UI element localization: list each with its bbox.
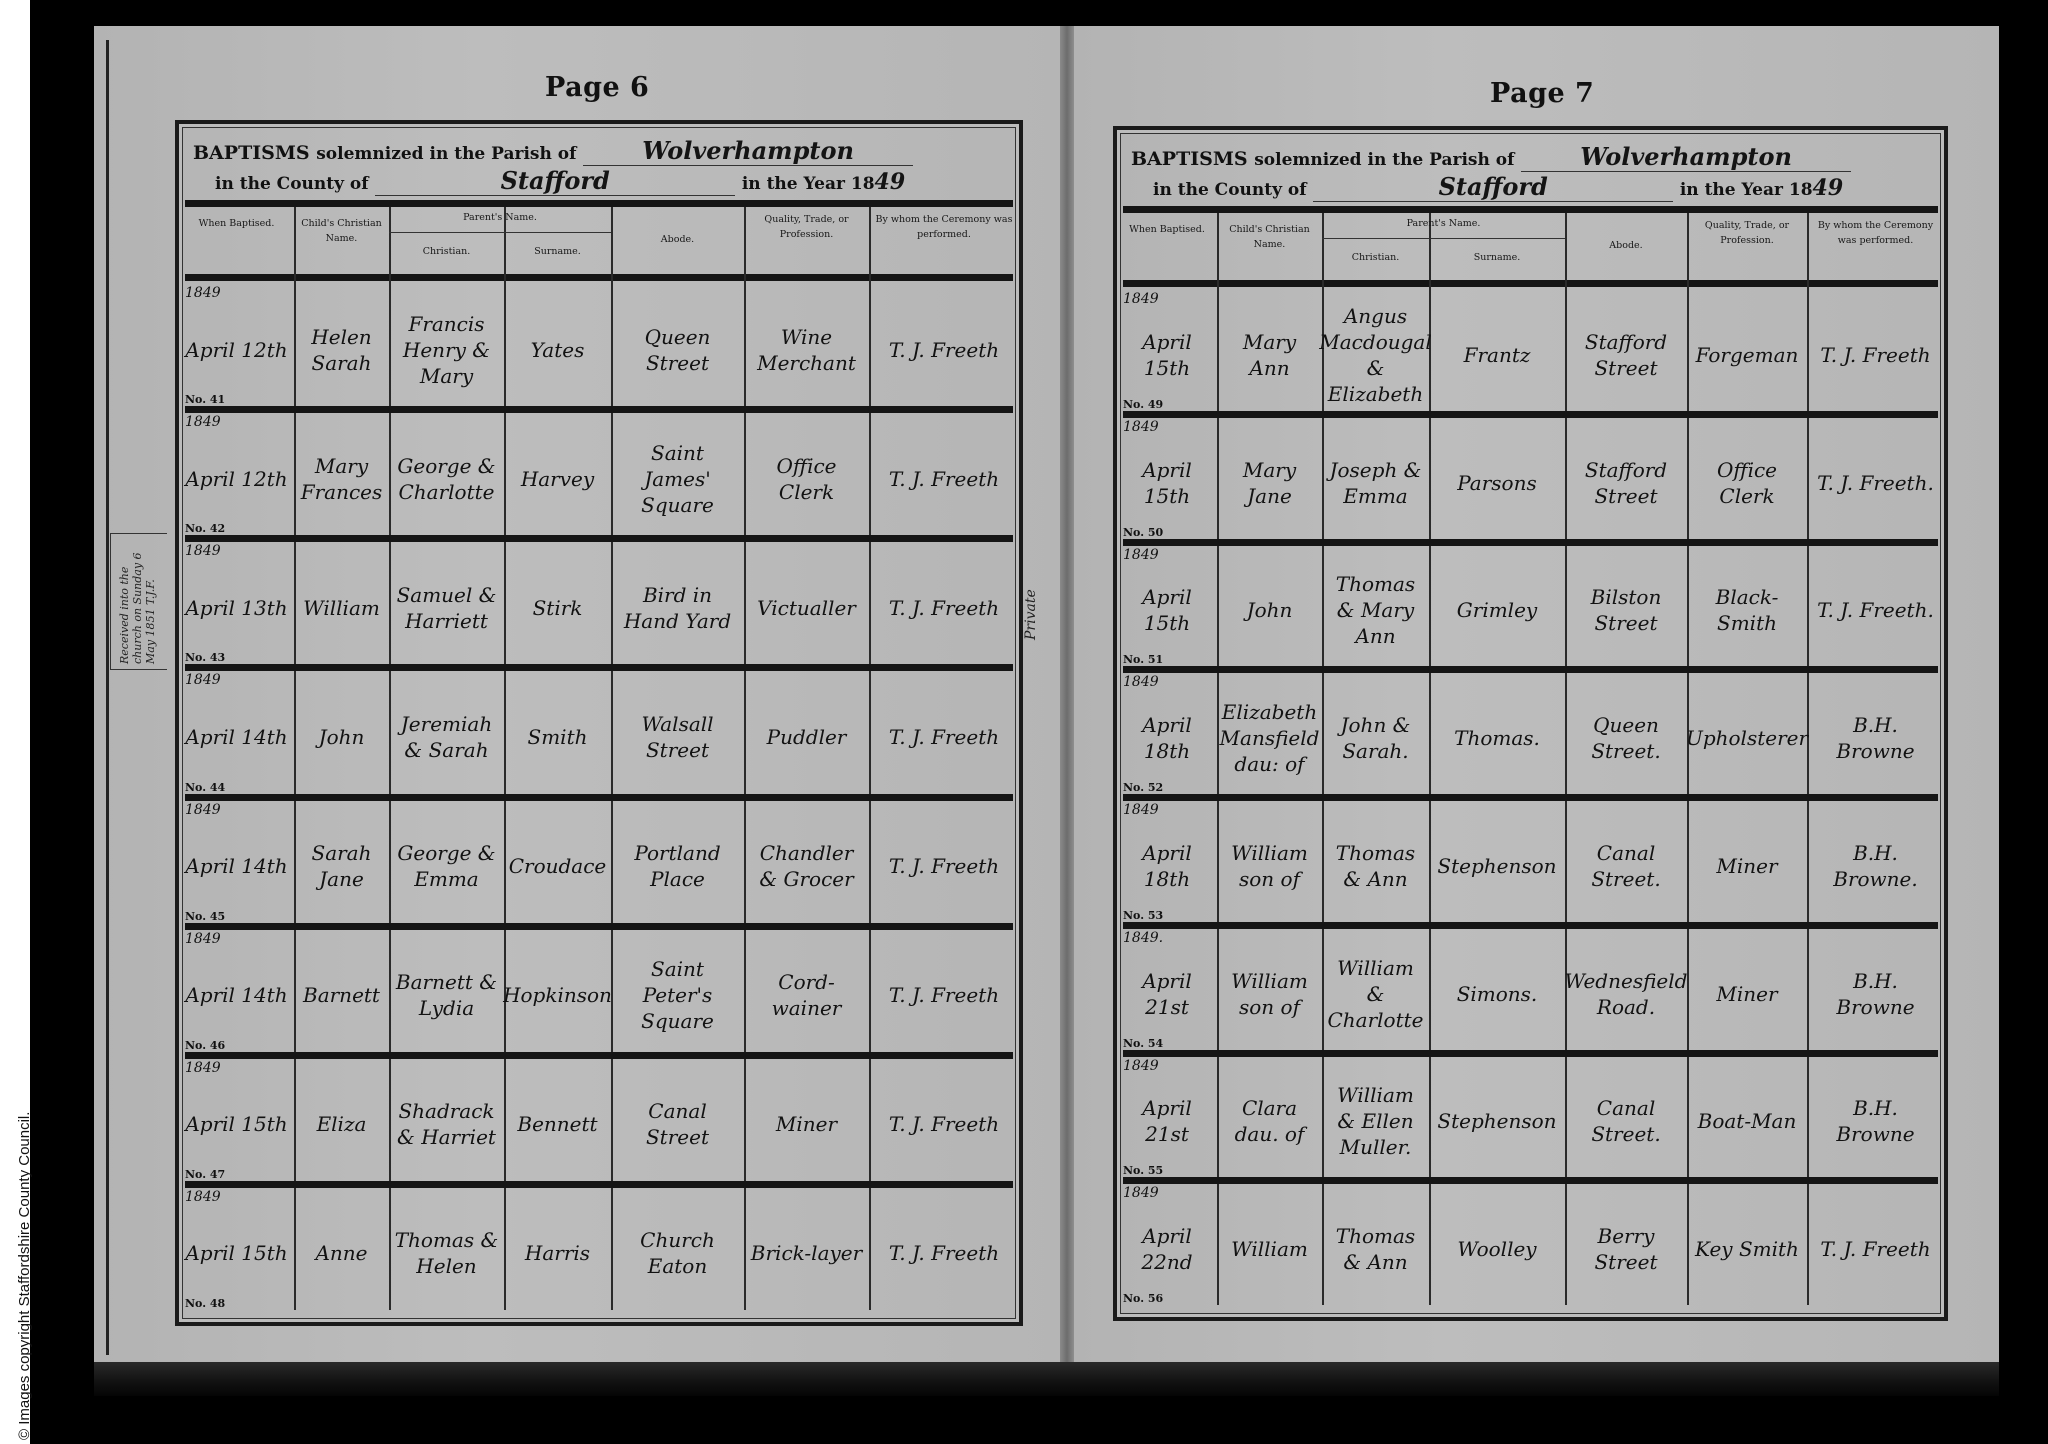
row-separator-bar: [185, 923, 1013, 930]
page-number: Page 7: [1490, 78, 1594, 109]
trade: Boat-Man: [1698, 1108, 1797, 1134]
column-header-child: Child's Christian Name.: [300, 216, 383, 246]
parents-christian-names: Shadrack & Harriet: [393, 1098, 500, 1150]
register-title-line1: BAPTISMS solemnized in the Parish of Wol…: [1131, 142, 1851, 172]
baptism-date-cell: April 14th: [183, 692, 290, 781]
baptism-date-cell: April 22nd: [1121, 1205, 1213, 1293]
entry-number: No. 45: [185, 910, 225, 923]
entry-number: No. 54: [1123, 1037, 1163, 1050]
abode: Berry Street: [1569, 1223, 1683, 1275]
table-row: 1849No. 47April 15thElizaShadrack & Harr…: [179, 1056, 1019, 1185]
year-label: in the Year 18: [1680, 180, 1813, 200]
entry-year: 1849: [185, 1060, 221, 1076]
column-header-child: Child's Christian Name.: [1223, 222, 1316, 252]
surname-cell: Harris: [508, 1209, 607, 1298]
surname: Thomas.: [1454, 725, 1540, 751]
surname-cell: Harvey: [508, 434, 607, 523]
table-row: 1849.No. 54April 21stWilliam son ofWilli…: [1117, 926, 1944, 1054]
abode: Queen Street.: [1569, 712, 1683, 764]
entry-year: 1849: [1123, 419, 1159, 435]
entry-number: No. 43: [185, 651, 225, 664]
entry-year: 1849: [1123, 674, 1159, 690]
surname-cell: Croudace: [508, 822, 607, 911]
parents-name-divider: [1322, 238, 1565, 239]
parents-christian-names-cell: Thomas & Helen: [393, 1209, 500, 1298]
abode-cell: Canal Street.: [1569, 1078, 1683, 1166]
abode-cell: Queen Street: [615, 305, 740, 394]
abode-cell: Stafford Street: [1569, 439, 1683, 527]
child-name: Helen Sarah: [298, 324, 385, 376]
table-row: 1849No. 45April 14thSarah JaneGeorge & E…: [179, 798, 1019, 927]
officiant: T. J. Freeth: [889, 982, 999, 1008]
child-name-cell: Barnett: [298, 951, 385, 1040]
column-header-by-whom: By whom the Ceremony was performed.: [875, 212, 1013, 242]
parents-christian-names-cell: Samuel & Harriett: [393, 563, 500, 652]
table-row: 1849No. 53April 18thWilliam son ofThomas…: [1117, 798, 1944, 926]
parents-christian-names: Angus Macdougal & Elizabeth: [1319, 303, 1431, 407]
parents-christian-names: Thomas & Ann: [1326, 840, 1425, 892]
trade-cell: Puddler: [748, 692, 865, 781]
abode-cell: Canal Street.: [1569, 822, 1683, 910]
abode: Stafford Street: [1569, 329, 1683, 381]
abode-cell: Saint Peter's Square: [615, 951, 740, 1040]
baptism-date-cell: April 15th: [1121, 567, 1213, 655]
copyright-strip: © Images copyright Staffordshire County …: [0, 0, 30, 1444]
row-separator-bar: [185, 794, 1013, 801]
column-header-abode: Abode.: [1571, 238, 1681, 253]
surname-cell: Hopkinson: [508, 951, 607, 1040]
child-name: Barnett: [303, 982, 380, 1008]
surname: Harris: [525, 1240, 590, 1266]
trade: Office Clerk: [1691, 457, 1803, 509]
abode-cell: Wednesfield Road.: [1569, 950, 1683, 1038]
header-top-bar: [1123, 206, 1938, 213]
trade-cell: Office Clerk: [1691, 439, 1803, 527]
abode: Queen Street: [615, 324, 740, 376]
title-solemnized: solemnized in the Parish of: [1254, 150, 1514, 170]
officiant: T. J. Freeth: [889, 337, 999, 363]
parents-christian-names: Barnett & Lydia: [393, 969, 500, 1021]
baptism-date: April 12th: [185, 466, 287, 492]
table-row: 1849No. 51April 15thJohnThomas & Mary An…: [1117, 543, 1944, 671]
county-name: Stafford: [375, 166, 735, 196]
trade: Chandler & Grocer: [748, 840, 865, 892]
abode: Stafford Street: [1569, 457, 1683, 509]
surname: Frantz: [1464, 342, 1531, 368]
surname-cell: Frantz: [1433, 311, 1561, 399]
year-suffix: 49: [875, 169, 906, 195]
child-name-cell: Sarah Jane: [298, 822, 385, 911]
parents-christian-names-cell: Francis Henry & Mary: [393, 305, 500, 394]
abode-cell: Canal Street: [615, 1080, 740, 1169]
year-suffix: 49: [1813, 175, 1844, 201]
surname: Grimley: [1457, 597, 1537, 623]
entry-year: 1849: [185, 672, 221, 688]
parents-christian-names: George & Emma: [393, 840, 500, 892]
trade-cell: Wine Merchant: [748, 305, 865, 394]
trade-cell: Black-Smith: [1691, 567, 1803, 655]
baptism-date: April 15th: [185, 1240, 287, 1266]
officiant-cell: T. J. Freeth: [1811, 1205, 1940, 1293]
entry-year: 1849: [185, 931, 221, 947]
table-row: 1849No. 56April 22ndWilliamThomas & AnnW…: [1117, 1181, 1944, 1309]
baptism-date: April 13th: [185, 595, 287, 621]
baptism-date: April 15th: [185, 1111, 287, 1137]
trade-cell: Chandler & Grocer: [748, 822, 865, 911]
parents-christian-names: Thomas & Mary Ann: [1326, 571, 1425, 649]
table-row: 1849No. 41April 12thHelen SarahFrancis H…: [179, 281, 1019, 410]
surname: Harvey: [521, 466, 594, 492]
trade: Key Smith: [1695, 1236, 1799, 1262]
page-number: Page 6: [545, 72, 649, 103]
row-separator-bar: [1123, 922, 1938, 929]
parents-christian-names-cell: George & Charlotte: [393, 434, 500, 523]
parish-name: Wolverhampton: [1521, 142, 1851, 172]
trade-cell: Miner: [748, 1080, 865, 1169]
trade-cell: Miner: [1691, 950, 1803, 1038]
surname-cell: Stephenson: [1433, 822, 1561, 910]
trade: Black-Smith: [1691, 584, 1803, 636]
entry-number: No. 52: [1123, 781, 1163, 794]
abode-cell: Bird in Hand Yard: [615, 563, 740, 652]
surname-cell: Stirk: [508, 563, 607, 652]
baptism-date-cell: April 14th: [183, 822, 290, 911]
column-header-surname: Surname.: [510, 244, 605, 259]
child-name-cell: William son of: [1221, 950, 1318, 1038]
header-top-bar: [185, 200, 1013, 207]
baptism-date: April 22nd: [1121, 1223, 1213, 1275]
child-name: Sarah Jane: [298, 840, 385, 892]
entry-number: No. 51: [1123, 653, 1163, 666]
entry-year: 1849: [1123, 1185, 1159, 1201]
abode-cell: Bilston Street: [1569, 567, 1683, 655]
parents-christian-names-cell: George & Emma: [393, 822, 500, 911]
trade-cell: Cord-wainer: [748, 951, 865, 1040]
column-header-surname: Surname.: [1435, 250, 1559, 265]
baptism-date: April 14th: [185, 853, 287, 879]
baptism-date-cell: April 15th: [183, 1080, 290, 1169]
trade: Miner: [776, 1111, 837, 1137]
table-row: 1849No. 43April 13thWilliamSamuel & Harr…: [179, 539, 1019, 668]
surname: Hopkinson: [503, 982, 612, 1008]
baptism-date: April 18th: [1121, 712, 1213, 764]
entry-year: 1849: [1123, 1058, 1159, 1074]
officiant-cell: T. J. Freeth.: [1811, 567, 1940, 655]
trade-cell: Victualler: [748, 563, 865, 652]
officiant: T. J. Freeth: [1820, 1236, 1930, 1262]
officiant: T. J. Freeth: [1820, 342, 1930, 368]
trade: Brick-layer: [751, 1240, 862, 1266]
column-header-trade: Quality, Trade, or Profession.: [1693, 218, 1801, 248]
surname: Bennett: [517, 1111, 597, 1137]
parish-name: Wolverhampton: [583, 136, 913, 166]
officiant: B.H. Browne: [1811, 712, 1940, 764]
trade: Wine Merchant: [748, 324, 865, 376]
trade-cell: Forgeman: [1691, 311, 1803, 399]
child-name-cell: Mary Jane: [1221, 439, 1318, 527]
baptism-date-cell: April 15th: [1121, 439, 1213, 527]
surname-cell: Woolley: [1433, 1205, 1561, 1293]
surname: Yates: [531, 337, 585, 363]
table-row: 1849No. 55April 21stClara dau. ofWilliam…: [1117, 1054, 1944, 1182]
child-name-cell: William: [298, 563, 385, 652]
surname-cell: Stephenson: [1433, 1078, 1561, 1166]
row-separator-bar: [185, 535, 1013, 542]
abode-cell: Stafford Street: [1569, 311, 1683, 399]
entry-number: No. 46: [185, 1039, 225, 1052]
entry-number: No. 48: [185, 1297, 225, 1310]
book-gutter: [1060, 26, 1074, 1396]
officiant: T. J. Freeth: [889, 853, 999, 879]
child-name: William son of: [1221, 968, 1318, 1020]
child-name: Mary Ann: [1221, 329, 1318, 381]
abode: Canal Street.: [1569, 1095, 1683, 1147]
parents-christian-names-cell: Shadrack & Harriet: [393, 1080, 500, 1169]
child-name: Mary Jane: [1221, 457, 1318, 509]
child-name: John: [1247, 597, 1293, 623]
column-header-by-whom: By whom the Ceremony was performed.: [1813, 218, 1938, 248]
parents-christian-names: Joseph & Emma: [1326, 457, 1425, 509]
table-row: 1849No. 50April 15thMary JaneJoseph & Em…: [1117, 415, 1944, 543]
trade-cell: Miner: [1691, 822, 1803, 910]
parents-christian-names-cell: Barnett & Lydia: [393, 951, 500, 1040]
surname-cell: Bennett: [508, 1080, 607, 1169]
surname-cell: Parsons: [1433, 439, 1561, 527]
abode: Bilston Street: [1569, 584, 1683, 636]
abode: Canal Street.: [1569, 840, 1683, 892]
entry-year: 1849: [1123, 547, 1159, 563]
child-name-cell: William: [1221, 1205, 1318, 1293]
entry-year: 1849: [1123, 291, 1159, 307]
abode-cell: Walsall Street: [615, 692, 740, 781]
child-name: Eliza: [317, 1111, 367, 1137]
trade-cell: Brick-layer: [748, 1209, 865, 1298]
surname: Parsons: [1457, 470, 1537, 496]
trade: Miner: [1716, 853, 1777, 879]
abode: Saint James' Square: [615, 440, 740, 518]
officiant-cell: B.H. Browne: [1811, 1078, 1940, 1166]
abode: Bird in Hand Yard: [615, 582, 740, 634]
officiant-cell: T. J. Freeth: [873, 305, 1015, 394]
child-name-cell: Helen Sarah: [298, 305, 385, 394]
parents-christian-names-cell: Thomas & Ann: [1326, 1205, 1425, 1293]
baptism-date-cell: April 15th: [183, 1209, 290, 1298]
trade: Cord-wainer: [748, 969, 865, 1021]
table-row: 1849No. 48April 15thAnneThomas & HelenHa…: [179, 1185, 1019, 1314]
child-name: Elizabeth Mansfield dau: of: [1220, 699, 1320, 777]
parents-christian-names-cell: Thomas & Ann: [1326, 822, 1425, 910]
column-header-trade: Quality, Trade, or Profession.: [750, 212, 863, 242]
row-separator-bar: [185, 406, 1013, 413]
baptism-date: April 15th: [1121, 329, 1213, 381]
surname: Stephenson: [1437, 853, 1556, 879]
county-label: in the County of: [215, 174, 369, 194]
child-name: William: [303, 595, 380, 621]
entry-year: 1849: [1123, 802, 1159, 818]
entry-year: 1849.: [1123, 930, 1163, 946]
column-header-abode: Abode.: [617, 232, 738, 247]
child-name: Clara dau. of: [1221, 1095, 1318, 1147]
baptism-date-cell: April 12th: [183, 434, 290, 523]
row-separator-bar: [1123, 1177, 1938, 1184]
year-label: in the Year 18: [742, 174, 875, 194]
officiant-cell: T. J. Freeth: [873, 434, 1015, 523]
baptism-date: April 21st: [1121, 968, 1213, 1020]
parents-christian-names: Thomas & Ann: [1326, 1223, 1425, 1275]
parents-christian-names: Francis Henry & Mary: [393, 311, 500, 389]
officiant-cell: T. J. Freeth.: [1811, 439, 1940, 527]
left-margin-annotation: Received into the church on Sunday 6 May…: [118, 536, 157, 664]
child-name: John: [319, 724, 365, 750]
surname-cell: Thomas.: [1433, 694, 1561, 782]
page-edge: [106, 40, 115, 1355]
abode: Saint Peter's Square: [615, 956, 740, 1034]
parents-christian-names-cell: William & Ellen Muller.: [1326, 1078, 1425, 1166]
surname-cell: Yates: [508, 305, 607, 394]
trade: Miner: [1716, 981, 1777, 1007]
baptism-date-cell: April 21st: [1121, 1078, 1213, 1166]
parents-christian-names-cell: Jeremiah & Sarah: [393, 692, 500, 781]
abode: Walsall Street: [615, 711, 740, 763]
entry-number: No. 47: [185, 1168, 225, 1181]
baptism-date-cell: April 12th: [183, 305, 290, 394]
child-name: William son of: [1221, 840, 1318, 892]
parents-christian-names: George & Charlotte: [393, 453, 500, 505]
officiant: T. J. Freeth: [889, 595, 999, 621]
officiant-cell: B.H. Browne: [1811, 694, 1940, 782]
surname: Simons.: [1457, 981, 1538, 1007]
baptism-date: April 12th: [185, 337, 287, 363]
child-name-cell: William son of: [1221, 822, 1318, 910]
row-separator-bar: [185, 1181, 1013, 1188]
entry-number: No. 53: [1123, 909, 1163, 922]
entry-year: 1849: [185, 543, 221, 559]
parents-christian-names-cell: Joseph & Emma: [1326, 439, 1425, 527]
officiant: B.H. Browne: [1811, 1095, 1940, 1147]
child-name-cell: Mary Ann: [1221, 311, 1318, 399]
entry-number: No. 42: [185, 522, 225, 535]
officiant-cell: T. J. Freeth: [873, 1209, 1015, 1298]
entry-number: No. 41: [185, 393, 225, 406]
baptism-date: April 14th: [185, 982, 287, 1008]
surname: Stirk: [533, 595, 583, 621]
entry-year: 1849: [185, 414, 221, 430]
officiant-cell: T. J. Freeth: [873, 822, 1015, 911]
baptism-date-cell: April 18th: [1121, 694, 1213, 782]
surname-cell: Smith: [508, 692, 607, 781]
trade: Upholsterer: [1686, 725, 1808, 751]
abode-cell: Church Eaton: [615, 1209, 740, 1298]
surname: Stephenson: [1437, 1108, 1556, 1134]
surname: Woolley: [1457, 1236, 1536, 1262]
copyright-notice: © Images copyright Staffordshire County …: [16, 1112, 33, 1440]
child-name-cell: Mary Frances: [298, 434, 385, 523]
county-label: in the County of: [1153, 180, 1307, 200]
column-header-christian: Christian.: [1328, 250, 1423, 265]
officiant: T. J. Freeth: [889, 466, 999, 492]
baptism-date: April 15th: [1121, 457, 1213, 509]
register-title-line2: in the County of Stafford in the Year 18…: [1153, 172, 1843, 202]
child-name-cell: Elizabeth Mansfield dau: of: [1221, 694, 1318, 782]
officiant: T. J. Freeth.: [1817, 597, 1934, 623]
baptism-register-table: BAPTISMS solemnized in the Parish of Wol…: [1113, 126, 1948, 1321]
officiant-cell: B.H. Browne: [1811, 950, 1940, 1038]
entry-number: No. 56: [1123, 1292, 1163, 1305]
abode-cell: Saint James' Square: [615, 434, 740, 523]
title-baptisms: BAPTISMS: [193, 142, 310, 164]
child-name: Mary Frances: [298, 453, 385, 505]
officiant: T. J. Freeth.: [1817, 470, 1934, 496]
trade-cell: Key Smith: [1691, 1205, 1803, 1293]
row-separator-bar: [1123, 411, 1938, 418]
child-name-cell: Eliza: [298, 1080, 385, 1169]
baptism-date: April 15th: [1121, 584, 1213, 636]
register-title-line1: BAPTISMS solemnized in the Parish of Wol…: [193, 136, 913, 166]
baptism-date-cell: April 21st: [1121, 950, 1213, 1038]
parents-christian-names: Thomas & Helen: [393, 1227, 500, 1279]
trade-cell: Boat-Man: [1691, 1078, 1803, 1166]
row-separator-bar: [185, 664, 1013, 671]
row-separator-bar: [1123, 1050, 1938, 1057]
parents-christian-names: William & Charlotte: [1326, 955, 1425, 1033]
child-name-cell: Anne: [298, 1209, 385, 1298]
column-header-when: When Baptised.: [185, 216, 288, 231]
entry-year: 1849: [185, 1189, 221, 1205]
right-margin-annotation: Private: [1025, 589, 1038, 640]
table-row: 1849No. 49April 15thMary AnnAngus Macdou…: [1117, 287, 1944, 415]
register-title-line2: in the County of Stafford in the Year 18…: [215, 166, 905, 196]
parents-christian-names: Jeremiah & Sarah: [393, 711, 500, 763]
officiant-cell: B.H. Browne.: [1811, 822, 1940, 910]
abode-cell: Portland Place: [615, 822, 740, 911]
entry-number: No. 44: [185, 781, 225, 794]
entry-number: No. 50: [1123, 526, 1163, 539]
row-separator-bar: [1123, 666, 1938, 673]
baptism-date-cell: April 14th: [183, 951, 290, 1040]
baptism-date-cell: April 18th: [1121, 822, 1213, 910]
trade: Forgeman: [1696, 342, 1799, 368]
column-header-parents: Parent's Name.: [1328, 216, 1559, 231]
trade-cell: Upholsterer: [1691, 694, 1803, 782]
trade: Puddler: [767, 724, 847, 750]
baptism-date: April 18th: [1121, 840, 1213, 892]
entry-number: No. 55: [1123, 1164, 1163, 1177]
officiant: T. J. Freeth: [889, 724, 999, 750]
abode: Wednesfield Road.: [1565, 968, 1688, 1020]
parents-christian-names: William & Ellen Muller.: [1326, 1082, 1425, 1160]
trade-cell: Office Clerk: [748, 434, 865, 523]
column-header-christian: Christian.: [395, 244, 498, 259]
abode: Church Eaton: [615, 1227, 740, 1279]
surname-cell: Simons.: [1433, 950, 1561, 1038]
officiant: B.H. Browne: [1811, 968, 1940, 1020]
row-separator-bar: [185, 1052, 1013, 1059]
trade: Victualler: [757, 595, 856, 621]
surname: Smith: [528, 724, 588, 750]
parents-christian-names: Samuel & Harriett: [393, 582, 500, 634]
parents-christian-names-cell: John & Sarah.: [1326, 694, 1425, 782]
officiant-cell: T. J. Freeth: [1811, 311, 1940, 399]
table-row: 1849No. 42April 12thMary FrancesGeorge &…: [179, 410, 1019, 539]
surname: Croudace: [509, 853, 607, 879]
column-header-parents: Parent's Name.: [395, 210, 605, 225]
officiant-cell: T. J. Freeth: [873, 951, 1015, 1040]
parents-christian-names: John & Sarah.: [1326, 712, 1425, 764]
title-baptisms: BAPTISMS: [1131, 148, 1248, 170]
book-bottom-edge: [94, 1362, 1999, 1396]
child-name-cell: John: [1221, 567, 1318, 655]
entry-number: No. 49: [1123, 398, 1163, 411]
